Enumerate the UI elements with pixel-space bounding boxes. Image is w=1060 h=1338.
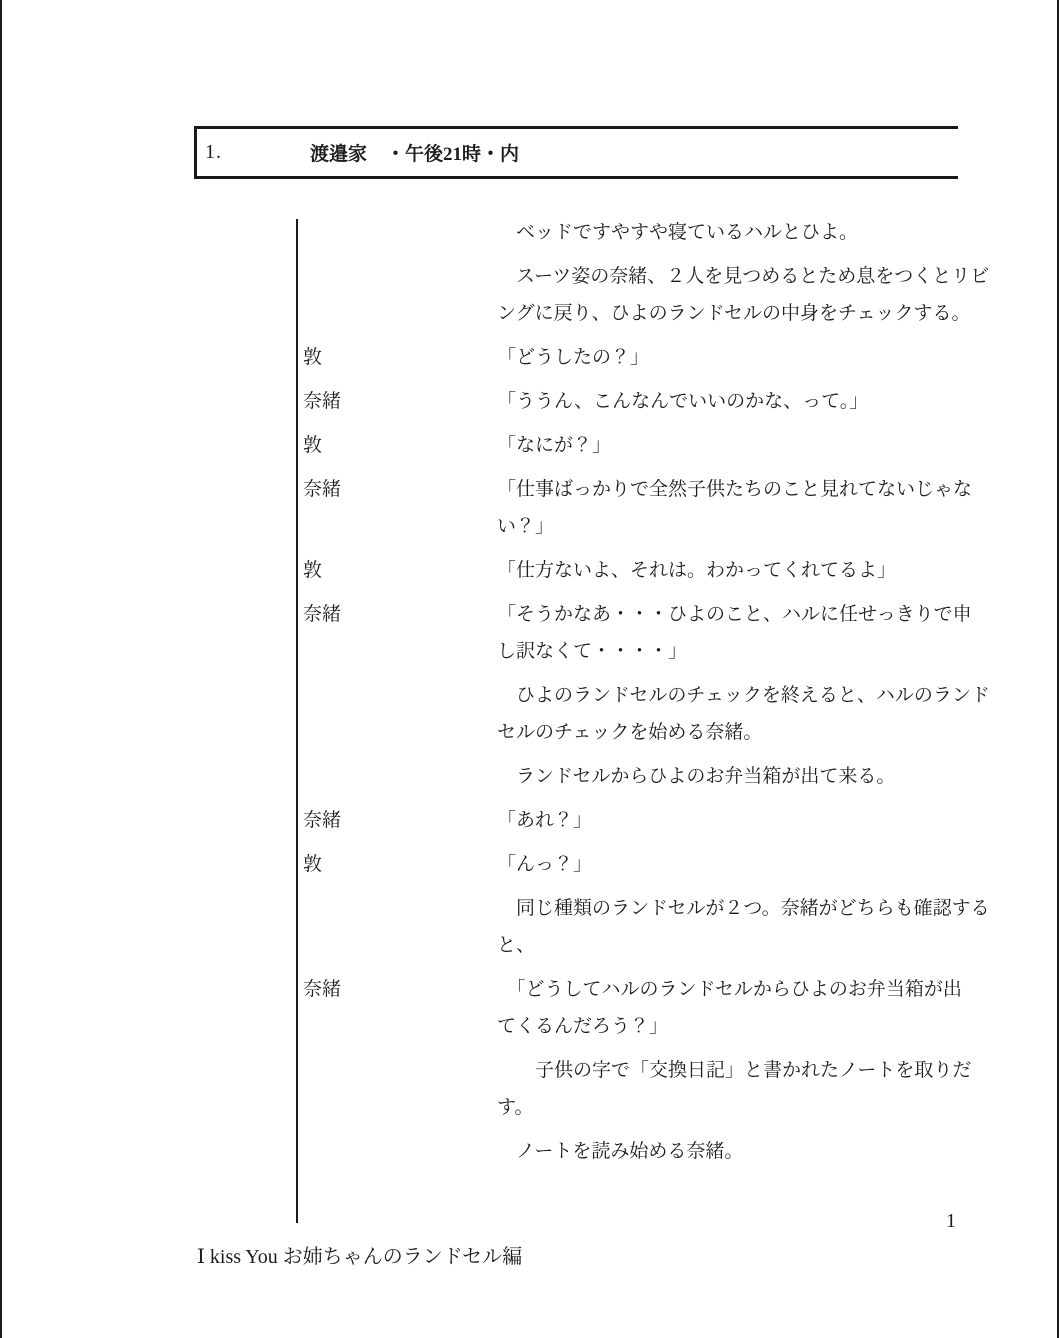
script-line: す。 (497, 1089, 959, 1126)
script-line: し訳なくて・・・・」 (497, 633, 959, 670)
entry-lines: 「ううん、こんなんでいいのかな、って。」 (497, 383, 959, 420)
entry-lines: ランドセルからひよのお弁当箱が出て来る。 (497, 758, 959, 795)
script-line: てくるんだろう？」 (497, 1008, 959, 1045)
script-line: 「ううん、こんなんでいいのかな、って。」 (497, 383, 959, 420)
dialogue-entry: 敦「仕方ないよ、それは。わかってくれてるよ」 (303, 552, 959, 589)
script-body: ベッドですやすや寝ているハルとひよ。 スーツ姿の奈緒、２人を見つめるとため息をつ… (303, 214, 959, 1177)
speaker-name: 奈緒 (303, 596, 497, 633)
dialogue-entry: 敦「なにが？」 (303, 427, 959, 464)
dialogue-entry: 奈緒「仕事ばっかりで全然子供たちのこと見れてないじゃない？」 (303, 471, 959, 545)
script-line: ノートを読み始める奈緒。 (497, 1133, 959, 1170)
script-line: ベッドですやすや寝ているハルとひよ。 (497, 214, 959, 251)
script-line: 「なにが？」 (497, 427, 959, 464)
entry-lines: 「どうしたの？」 (497, 339, 959, 376)
action-entry: ランドセルからひよのお弁当箱が出て来る。 (303, 758, 959, 795)
speaker-name: 奈緒 (303, 383, 497, 420)
dialogue-entry: 敦「んっ？」 (303, 846, 959, 883)
script-line: 「んっ？」 (497, 846, 959, 883)
script-line: 「仕事ばっかりで全然子供たちのこと見れてないじゃな (497, 471, 959, 508)
speaker-name: 敦 (303, 427, 497, 464)
action-entry: ノートを読み始める奈緒。 (303, 1133, 959, 1170)
entry-lines: ノートを読み始める奈緒。 (497, 1133, 959, 1170)
script-page: { "scene_header": { "number": "1.", "tit… (0, 0, 1060, 1338)
speaker-name: 奈緒 (303, 802, 497, 839)
action-entry: ひよのランドセルのチェックを終えると、ハルのランドセルのチェックを始める奈緒。 (303, 677, 959, 751)
dialogue-entry: 奈緒「ううん、こんなんでいいのかな、って。」 (303, 383, 959, 420)
footer-title: Ⅰ kiss You お姉ちゃんのランドセル編 (197, 1240, 522, 1269)
entry-lines: 同じ種類のランドセルが２つ。奈緒がどちらも確認すると、 (497, 890, 959, 964)
script-line: スーツ姿の奈緒、２人を見つめるとため息をつくとリビ (497, 258, 959, 295)
script-line: ランドセルからひよのお弁当箱が出て来る。 (497, 758, 959, 795)
dialogue-entry: 敦「どうしたの？」 (303, 339, 959, 376)
dialogue-entry: 奈緒「あれ？」 (303, 802, 959, 839)
script-line: 同じ種類のランドセルが２つ。奈緒がどちらも確認する (497, 890, 959, 927)
script-line: 「仕方ないよ、それは。わかってくれてるよ」 (497, 552, 959, 589)
script-line: と、 (497, 927, 959, 964)
script-line: 子供の字で「交換日記」と書かれたノートを取りだ (497, 1052, 959, 1089)
dialogue-entry: 奈緒 「どうしてハルのランドセルからひよのお弁当箱が出てくるんだろう？」 (303, 971, 959, 1045)
page-left-edge (0, 0, 2, 1338)
script-line: ひよのランドセルのチェックを終えると、ハルのランド (497, 677, 959, 714)
speaker-name: 奈緒 (303, 471, 497, 508)
script-line: ングに戻り、ひよのランドセルの中身をチェックする。 (497, 295, 959, 332)
script-line: 「そうかなあ・・・ひよのこと、ハルに任せっきりで申 (497, 596, 959, 633)
script-line: い？」 (497, 508, 959, 545)
entry-lines: 「仕方ないよ、それは。わかってくれてるよ」 (497, 552, 959, 589)
speaker-name: 敦 (303, 552, 497, 589)
entry-lines: 「なにが？」 (497, 427, 959, 464)
page-number: 1 (946, 1210, 956, 1233)
scene-heading-box: 1. 渡邉家 ・午後21時・内 (194, 126, 958, 179)
action-entry: ベッドですやすや寝ているハルとひよ。 (303, 214, 959, 251)
action-entry: スーツ姿の奈緒、２人を見つめるとため息をつくとリビングに戻り、ひよのランドセルの… (303, 258, 959, 332)
entry-lines: 「そうかなあ・・・ひよのこと、ハルに任せっきりで申し訳なくて・・・・」 (497, 596, 959, 670)
script-line: 「どうしたの？」 (497, 339, 959, 376)
entry-lines: 「仕事ばっかりで全然子供たちのこと見れてないじゃない？」 (497, 471, 959, 545)
script-line: セルのチェックを始める奈緒。 (497, 714, 959, 751)
entry-lines: 「あれ？」 (497, 802, 959, 839)
dialogue-entry: 奈緒「そうかなあ・・・ひよのこと、ハルに任せっきりで申し訳なくて・・・・」 (303, 596, 959, 670)
script-line: 「どうしてハルのランドセルからひよのお弁当箱が出 (497, 971, 959, 1008)
script-column-rule (296, 219, 298, 1223)
entry-lines: ひよのランドセルのチェックを終えると、ハルのランドセルのチェックを始める奈緒。 (497, 677, 959, 751)
speaker-name: 奈緒 (303, 971, 497, 1008)
entry-lines: 子供の字で「交換日記」と書かれたノートを取りだす。 (497, 1052, 959, 1126)
scene-number: 1. (205, 141, 222, 164)
script-line: 「あれ？」 (497, 802, 959, 839)
entry-lines: スーツ姿の奈緒、２人を見つめるとため息をつくとリビングに戻り、ひよのランドセルの… (497, 258, 959, 332)
action-entry: 子供の字で「交換日記」と書かれたノートを取りだす。 (303, 1052, 959, 1126)
speaker-name: 敦 (303, 339, 497, 376)
entry-lines: 「んっ？」 (497, 846, 959, 883)
entry-lines: ベッドですやすや寝ているハルとひよ。 (497, 214, 959, 251)
scene-title: 渡邉家 ・午後21時・内 (310, 139, 519, 166)
speaker-name: 敦 (303, 846, 497, 883)
action-entry: 同じ種類のランドセルが２つ。奈緒がどちらも確認すると、 (303, 890, 959, 964)
entry-lines: 「どうしてハルのランドセルからひよのお弁当箱が出てくるんだろう？」 (497, 971, 959, 1045)
page-right-edge (1057, 0, 1059, 1338)
